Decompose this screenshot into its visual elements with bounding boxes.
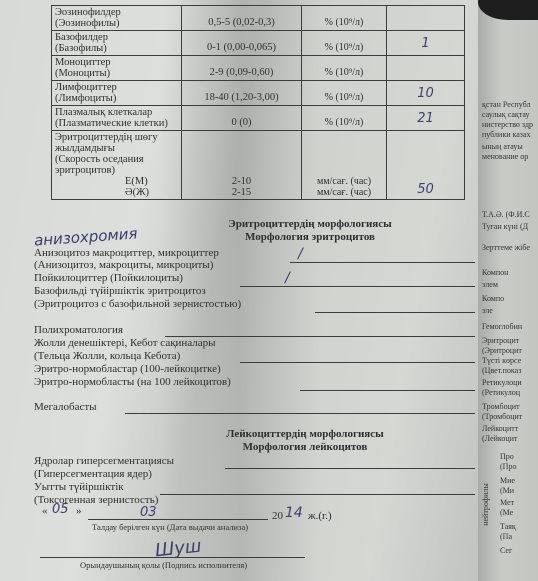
answer-line [290, 262, 475, 263]
table-row: Лимфоциттер(Лимфоциты) 18-40 (1,20-3,00)… [52, 81, 465, 106]
adjacent-page-line: Мет [500, 498, 514, 507]
answer-line [315, 312, 475, 313]
row-name-ru: (Моноциты) [55, 68, 178, 79]
erythro-item-line2: Эритро-нормобласты (на 100 лейкоцитов) [34, 376, 231, 388]
lab-form-page: Эозинофилдер(Эозинофилы) 0,5-5 (0,02-0,3… [0, 0, 486, 581]
row-name-kz: Эозинофилдер [55, 7, 178, 18]
norm-cell: 0 (0) [182, 106, 302, 131]
handwritten-note: анизохромия [33, 224, 138, 249]
adjacent-page-line: (Па [500, 532, 512, 541]
adjacent-page-line: элем [482, 280, 498, 289]
erythro-item-line2: (Анизоцитоз, макроциты, микроциты) [34, 259, 213, 271]
date-year[interactable]: 14 [285, 505, 303, 521]
row-name-kz: Лимфоциттер [55, 82, 178, 93]
adjacent-page-line: Таяқ [500, 522, 516, 531]
erythro-item-line1: Мегалобасты [34, 401, 97, 413]
table-row: Плазмалық клеткалар(Плазматические клетк… [52, 106, 465, 131]
table-row: Моноциттер(Моноциты) 2-9 (0,09-0,60) % (… [52, 56, 465, 81]
norm-cell: 0,5-5 (0,02-0,3) [182, 6, 302, 31]
norm-cell: 0-1 (0,00-0,065) [182, 31, 302, 56]
row-name-ru: (Лимфоциты) [55, 93, 178, 104]
erythro-item-line2: (Тельца Жолли, кольца Кебота) [34, 350, 180, 362]
value-cell[interactable]: 1 [387, 31, 465, 56]
answer-line [240, 286, 475, 287]
adjacent-page-line: саулық сақтау [482, 110, 530, 119]
adjacent-page-line: Т.А.Ә. (Ф.И.С [482, 210, 530, 219]
adjacent-page-line: Компо [482, 294, 504, 303]
erythro-title-ru: Морфология эритроцитов [180, 231, 440, 243]
leukocyte-formula-table: Эозинофилдер(Эозинофилы) 0,5-5 (0,02-0,3… [51, 5, 465, 200]
answer-line [300, 390, 475, 391]
page-gap-shadow [478, 0, 538, 20]
value-cell[interactable] [387, 56, 465, 81]
row-name-ru: (Плазматические клетки) [55, 118, 178, 129]
unit-cell: % (10⁹/л) [302, 56, 387, 81]
esr-unit-female: мм/сағ. (час) [302, 187, 386, 198]
leuko-item-line2: (Гиперсегментация ядер) [34, 468, 152, 480]
esr-norm-female: 2-15 [182, 187, 301, 198]
adjacent-page-line: Тромбоцит [482, 402, 520, 411]
answer-line [240, 362, 475, 363]
erythro-item-line1: Анизоцитоз макроциттер, микроциттер [34, 247, 219, 259]
table-row: Базофилдер(Базофилы) 0-1 (0,00-0,065) % … [52, 31, 465, 56]
erythro-title-kz: Эритроциттердің морфологиясы [180, 218, 440, 230]
esr-value-cell[interactable]: 50 [387, 131, 465, 200]
esr-name-kz: Эритроциттердің шөгу жылдамдығы [55, 132, 178, 154]
row-name-kz: Базофилдер [55, 32, 178, 43]
answer-line [125, 413, 475, 414]
adjacent-page-line: (Ретикулоц [482, 388, 520, 397]
adjacent-page-vertical-label: нейтрофилы [481, 483, 490, 526]
answer-line [160, 494, 475, 495]
erythro-item-line1: Жолли денешіктері, Кебот сақиналары [34, 337, 216, 349]
adjacent-page: қстан Республсаулық сақтаунистерство здр… [478, 0, 538, 581]
leuko-item-line1: Ядролар гиперсегментациясы [34, 455, 174, 467]
adjacent-page-line: Гемоглобин [482, 322, 522, 331]
date-open-quote: « [42, 505, 48, 517]
table-row: Эозинофилдер(Эозинофилы) 0,5-5 (0,02-0,3… [52, 6, 465, 31]
table-row-esr: Эритроциттердің шөгу жылдамдығы (Скорост… [52, 131, 465, 200]
adjacent-page-line: Түсті көрсе [482, 356, 521, 365]
signature-caption: Орындаушының қолы (Подпись исполнителя) [80, 560, 247, 570]
adjacent-page-line: (Ме [500, 508, 513, 517]
adjacent-page-line: Зерттеме жібе [482, 243, 530, 252]
row-name-ru: (Базофилы) [55, 43, 178, 54]
leuko-title-ru: Морфология лейкоцитов [175, 441, 435, 453]
date-day[interactable]: 05 [52, 502, 69, 517]
unit-cell: % (10⁹/л) [302, 6, 387, 31]
date-month-line [88, 519, 268, 520]
unit-cell: % (10⁹/л) [302, 106, 387, 131]
adjacent-page-line: (Лейкоцит [482, 434, 517, 443]
adjacent-page-line: Про [500, 452, 514, 461]
date-year-unit: ж.(г.) [308, 510, 332, 522]
erythro-item-line1: Пойкилоциттер (Пойкилоциты) [34, 272, 183, 284]
unit-cell: % (10⁹/л) [302, 31, 387, 56]
signature-line [40, 557, 305, 558]
adjacent-page-line: (Ми [500, 486, 514, 495]
adjacent-page-line: Ретикулоци [482, 378, 522, 387]
adjacent-page-line: публики казах [482, 130, 531, 139]
adjacent-page-line: (Эритроцит [482, 346, 522, 355]
value-cell[interactable]: 21 [387, 106, 465, 131]
row-name-kz: Моноциттер [55, 57, 178, 68]
adjacent-page-line: (Цвет.показ [482, 366, 521, 375]
adjacent-page-line: ының атауы [482, 142, 523, 151]
erythro-item-line1: Полихроматология [34, 324, 123, 336]
row-name-ru: (Эозинофилы) [55, 18, 178, 29]
adjacent-page-line: қстан Республ [482, 100, 531, 109]
date-close-quote: » [76, 505, 82, 517]
adjacent-page-line: Лейкоцитт [482, 424, 518, 433]
esr-male-label: Е(М) [125, 176, 148, 187]
esr-norm-male: 2-10 [182, 176, 301, 187]
erythro-item-line1: Эритро-нормобластар (100-лейкоцитке) [34, 363, 221, 375]
answer-line [225, 468, 475, 469]
value-cell[interactable]: 10 [387, 81, 465, 106]
leuko-title-kz: Лейкоциттердің морфологиясы [175, 428, 435, 440]
esr-female-label: Ә(Ж) [125, 187, 149, 198]
unit-cell: % (10⁹/л) [302, 81, 387, 106]
erythro-item-line1: Базофильді түйіршіктік эритроцитоз [34, 285, 206, 297]
adjacent-page-line: нистерство здр [482, 120, 533, 129]
esr-name-ru: (Скорость оседания эритроцитов) [55, 154, 178, 176]
adjacent-page-line: Мие [500, 476, 515, 485]
adjacent-page-line: эле [482, 306, 493, 315]
leuko-item-line1: Уытты түйіршіктік [34, 481, 124, 493]
row-name-kz: Плазмалық клеткалар [55, 107, 178, 118]
adjacent-page-line: Эритроцит [482, 336, 519, 345]
norm-cell: 18-40 (1,20-3,00) [182, 81, 302, 106]
adjacent-page-line: Сег [500, 546, 512, 555]
erythro-item-line2: (Эритроцитоз с базофильной зернистостью) [34, 298, 241, 310]
adjacent-page-line: Туған күні (Д [482, 222, 528, 231]
answer-value[interactable]: / [298, 246, 303, 262]
answer-value[interactable]: / [285, 270, 290, 286]
adjacent-page-line: (Тромбоцит [482, 412, 522, 421]
value-cell[interactable] [387, 6, 465, 31]
date-month[interactable]: 03 [140, 505, 157, 520]
esr-unit-male: мм/сағ. (час) [302, 176, 386, 187]
norm-cell: 2-9 (0,09-0,60) [182, 56, 302, 81]
adjacent-page-line: Компон [482, 268, 508, 277]
date-year-prefix: 20 [272, 510, 283, 522]
date-caption: Талдау берілген күн (Дата выдачи анализа… [92, 522, 248, 532]
adjacent-page-line: (Про [500, 462, 516, 471]
adjacent-page-line: менование ор [482, 152, 528, 161]
